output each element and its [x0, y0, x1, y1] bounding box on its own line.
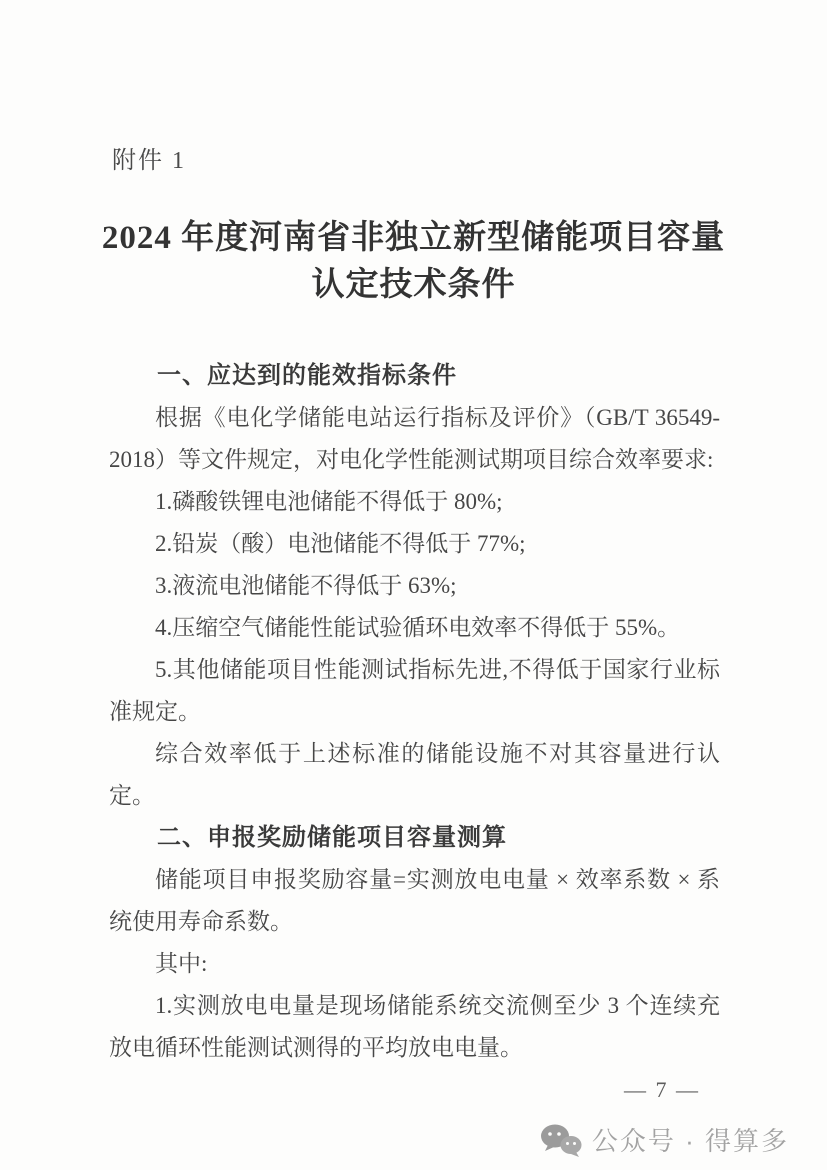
section1-list-item-5: 5.其他储能项目性能测试指标先进,不得低于国家行业标准规定。 [109, 649, 720, 733]
document-title: 2024 年度河南省非独立新型储能项目容量 认定技术条件 [60, 215, 767, 309]
document-title-line-1: 2024 年度河南省非独立新型储能项目容量 [60, 215, 767, 262]
section2-formula-paragraph: 储能项目申报奖励容量=实测放电电量 × 效率系数 × 系统使用寿命系数。 [109, 859, 720, 943]
page-number: — 7 — [0, 1077, 700, 1103]
section1-list-item-3: 3.液流电池储能不得低于 63%; [109, 565, 720, 607]
section2-among-label: 其中: [109, 943, 720, 985]
section1-heading: 一、应达到的能效指标条件 [109, 355, 720, 397]
section1-list-item-1: 1.磷酸铁锂电池储能不得低于 80%; [109, 481, 720, 523]
section2-heading: 二、申报奖励储能项目容量测算 [109, 817, 720, 859]
section1-list-item-4: 4.压缩空气储能性能试验循环电效率不得低于 55%。 [109, 607, 720, 649]
attachment-label: 附件 1 [112, 140, 827, 175]
wechat-icon [540, 1123, 582, 1157]
document-body: 一、应达到的能效指标条件 根据《电化学储能电站运行指标及评价》（GB/T 365… [109, 355, 720, 1069]
document-title-line-2: 认定技术条件 [60, 262, 767, 309]
watermark: 公众号 · 得算多 [540, 1121, 789, 1158]
section1-conclusion-paragraph: 综合效率低于上述标准的储能设施不对其容量进行认定。 [109, 733, 720, 817]
scanned-document-page: 附件 1 2024 年度河南省非独立新型储能项目容量 认定技术条件 一、应达到的… [0, 0, 827, 1170]
watermark-label: 公众号 · 得算多 [592, 1121, 789, 1158]
section1-intro-paragraph: 根据《电化学储能电站运行指标及评价》（GB/T 36549-2018）等文件规定… [109, 397, 720, 481]
section2-item-1: 1.实测放电电量是现场储能系统交流侧至少 3 个连续充放电循环性能测试测得的平均… [109, 985, 720, 1069]
section1-list-item-2: 2.铅炭（酸）电池储能不得低于 77%; [109, 523, 720, 565]
